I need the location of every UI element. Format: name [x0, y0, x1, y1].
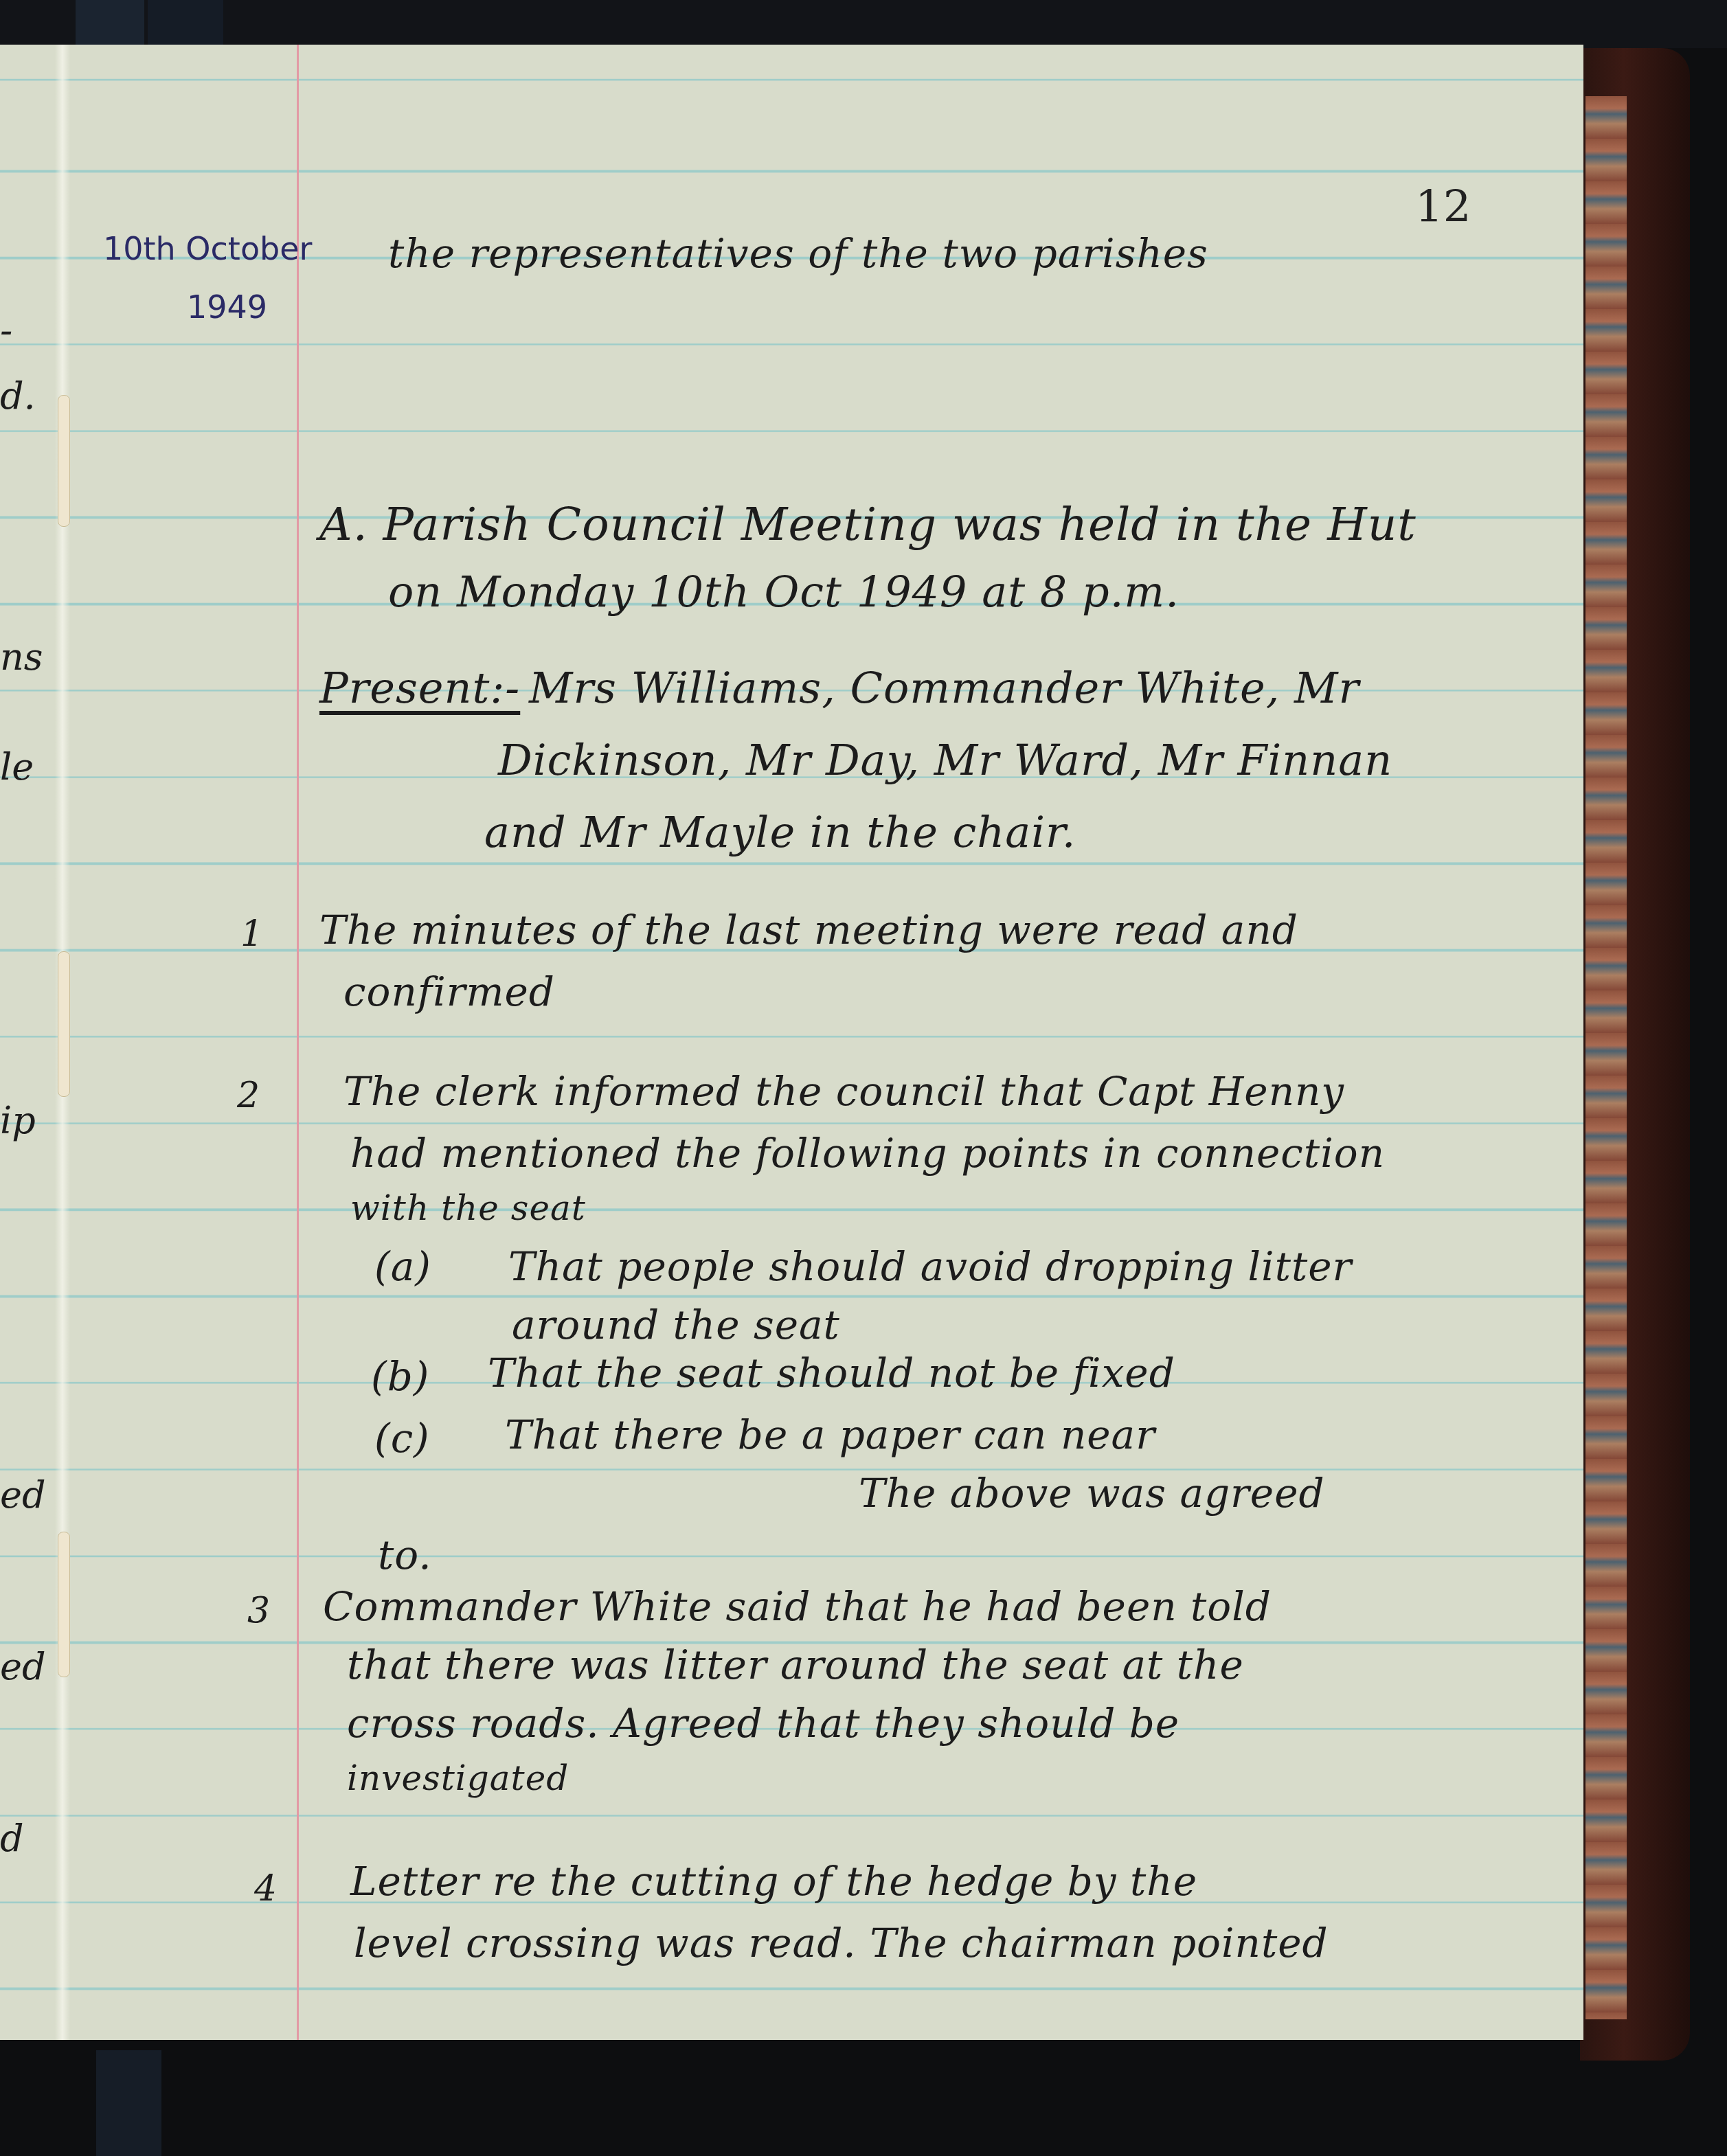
red-margin-rule [297, 45, 299, 2040]
item-line: cross roads. Agreed that they should be [347, 1700, 1179, 1747]
margin-date-day: 10th October [103, 230, 312, 267]
attendees-line: and Mr Mayle in the chair. [484, 807, 1076, 857]
item-line: that there was litter around the seat at… [347, 1642, 1244, 1688]
item-number: 2 [237, 1075, 260, 1116]
resolution-line: The above was agreed [859, 1470, 1325, 1517]
resolution-line: to. [378, 1532, 432, 1578]
item-line: Letter re the cutting of the hedge by th… [350, 1858, 1197, 1905]
item-line: level crossing was read. The chairman po… [354, 1920, 1329, 1966]
notebook-page: - d. ns le ip ed ed d 12 10th October 19… [0, 45, 1583, 2040]
present-label: Present:- [319, 663, 520, 713]
sub-item-line: That there be a paper can near [505, 1411, 1155, 1458]
marbled-fore-edge [1585, 96, 1627, 2019]
item-line: The minutes of the last meeting were rea… [319, 907, 1298, 953]
verso-fragment: ns [0, 635, 43, 679]
attendees-line: Dickinson, Mr Day, Mr Ward, Mr Finnan [498, 735, 1392, 785]
item-line: The clerk informed the council that Capt… [343, 1068, 1344, 1115]
item-line: with the seat [350, 1188, 586, 1228]
item-line: Commander White said that he had been to… [323, 1583, 1272, 1630]
sub-item-line: around the seat [512, 1302, 840, 1348]
verso-fragment: d [0, 1817, 24, 1860]
item-number: 4 [254, 1868, 277, 1909]
sub-item-marker: (b) [371, 1353, 429, 1400]
margin-date-year: 1949 [187, 288, 267, 326]
background-top [0, 0, 1727, 48]
item-number: 1 [240, 914, 263, 955]
ribbon-strap [148, 0, 223, 45]
item-line: investigated [347, 1758, 569, 1798]
item-line: had mentioned the following points in co… [350, 1130, 1385, 1177]
verso-fragment: ed [0, 1473, 46, 1517]
verso-fragment: - [0, 309, 12, 352]
attendees-line: Mrs Williams, Commander White, Mr [529, 663, 1359, 713]
sub-item-line: That people should avoid dropping litter [508, 1243, 1352, 1290]
item-line: confirmed [343, 968, 555, 1015]
meeting-opening-line: A. Parish Council Meeting was held in th… [319, 498, 1416, 551]
sub-item-line: That the seat should not be fixed [488, 1350, 1175, 1396]
meeting-opening-line: on Monday 10th Oct 1949 at 8 p.m. [388, 567, 1179, 617]
sub-item-marker: (a) [374, 1243, 431, 1290]
ribbon-strap [76, 0, 144, 45]
page-number: 12 [1415, 182, 1471, 233]
verso-fragment: ed [0, 1645, 46, 1688]
verso-fragment: le [0, 745, 34, 788]
item-number: 3 [247, 1590, 270, 1631]
sub-item-marker: (c) [374, 1415, 430, 1462]
verso-fragment: ip [0, 1099, 36, 1142]
binding-stitch [58, 395, 70, 527]
binding-stitch [58, 951, 70, 1097]
verso-fragment: d. [0, 374, 36, 418]
continuation-line: the representatives of the two parishes [388, 230, 1208, 277]
binding-stitch [58, 1532, 70, 1677]
ribbon-strap-bottom [96, 2050, 161, 2156]
